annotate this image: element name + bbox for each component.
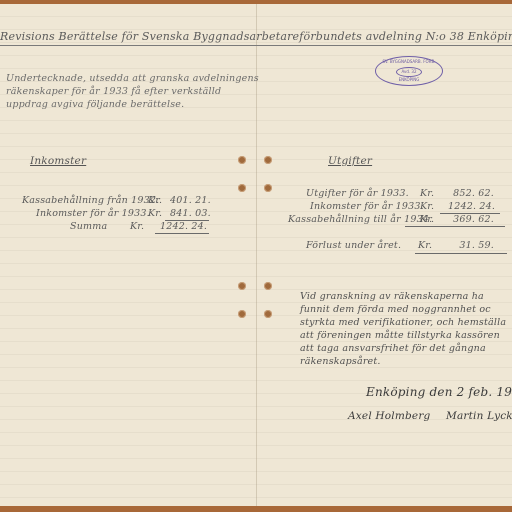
expense-row-currency: Kr. [420,214,434,225]
stamp-line-3: ENKÖPING [376,77,442,82]
income-total-amount: 1242. 24. [160,221,206,232]
signature-2: Martin Lyck [446,410,512,422]
stamp-line-2: Avd. 32 [396,67,422,77]
expense-row-amount: 369. 62. [448,214,494,225]
binding-hole [238,156,246,164]
loss-label: Förlust under året. [306,240,401,251]
stamp-line-1: SV. BYGGNADSARB. FÖRB. [376,59,442,64]
binding-hole [238,282,246,290]
binding-hole [264,184,272,192]
loss-amount: 31. 59. [448,240,494,251]
intro-line: uppdrag avgiva följande berättelse. [6,99,184,110]
expense-row-currency: Kr. [420,201,434,212]
review-line: att taga ansvarsfrihet för det gångna [300,342,486,355]
expense-row-label: Utgifter för år 1933. [306,188,409,199]
expense-row-label: Kassabehållning till år 1934. [288,214,432,225]
intro-line: räkenskaper för år 1933 få efter verkstä… [6,86,221,97]
intro-line: Undertecknade, utsedda att granska avdel… [6,73,259,84]
loss-currency: Kr. [418,240,432,251]
income-row-currency: Kr. [148,195,162,206]
review-line: styrkta med verifikationer, och hemställ… [300,316,506,329]
income-row-label: Inkomster för år 1933. [36,208,150,219]
loss-underline [415,253,507,254]
binding-bottom [0,506,512,512]
expense-row-amount: 852. 62. [448,188,494,199]
binding-hole [264,310,272,318]
title-underline [0,45,512,46]
income-row-amount: 401. 21. [170,195,206,206]
expense-row-currency: Kr. [420,188,434,199]
review-line: Vid granskning av räkenskaperna ha [300,290,484,303]
income-total-currency: Kr. [130,221,144,232]
income-total-underline [155,233,209,234]
expense-balance-underline [405,226,505,227]
income-row-label: Kassabehållning från 1932. [22,195,159,206]
income-total-label: Summa [70,221,107,232]
review-line: funnit dem förda med noggrannhet oc [300,303,491,316]
expenses-heading: Utgifter [328,155,372,167]
union-stamp: SV. BYGGNADSARB. FÖRB. Avd. 32 ENKÖPING [375,56,443,86]
place-date: Enköping den 2 feb. 19 [366,385,512,399]
binding-hole [238,184,246,192]
expense-row-amount: 1242. 24. [448,201,494,212]
binding-hole [264,282,272,290]
income-heading: Inkomster [30,155,86,167]
expense-row-label: Inkomster för år 1933. [310,201,424,212]
income-row-amount: 841. 03. [170,208,206,219]
binding-hole [238,310,246,318]
income-row-currency: Kr. [148,208,162,219]
binding-hole [264,156,272,164]
signature-1: Axel Holmberg [348,410,430,422]
review-line: räkenskapsåret. [300,355,381,368]
document-title: Revisions Berättelse för Svenska Byggnad… [0,30,512,43]
review-line: att föreningen måtte tillstyrka kassören [300,329,500,342]
